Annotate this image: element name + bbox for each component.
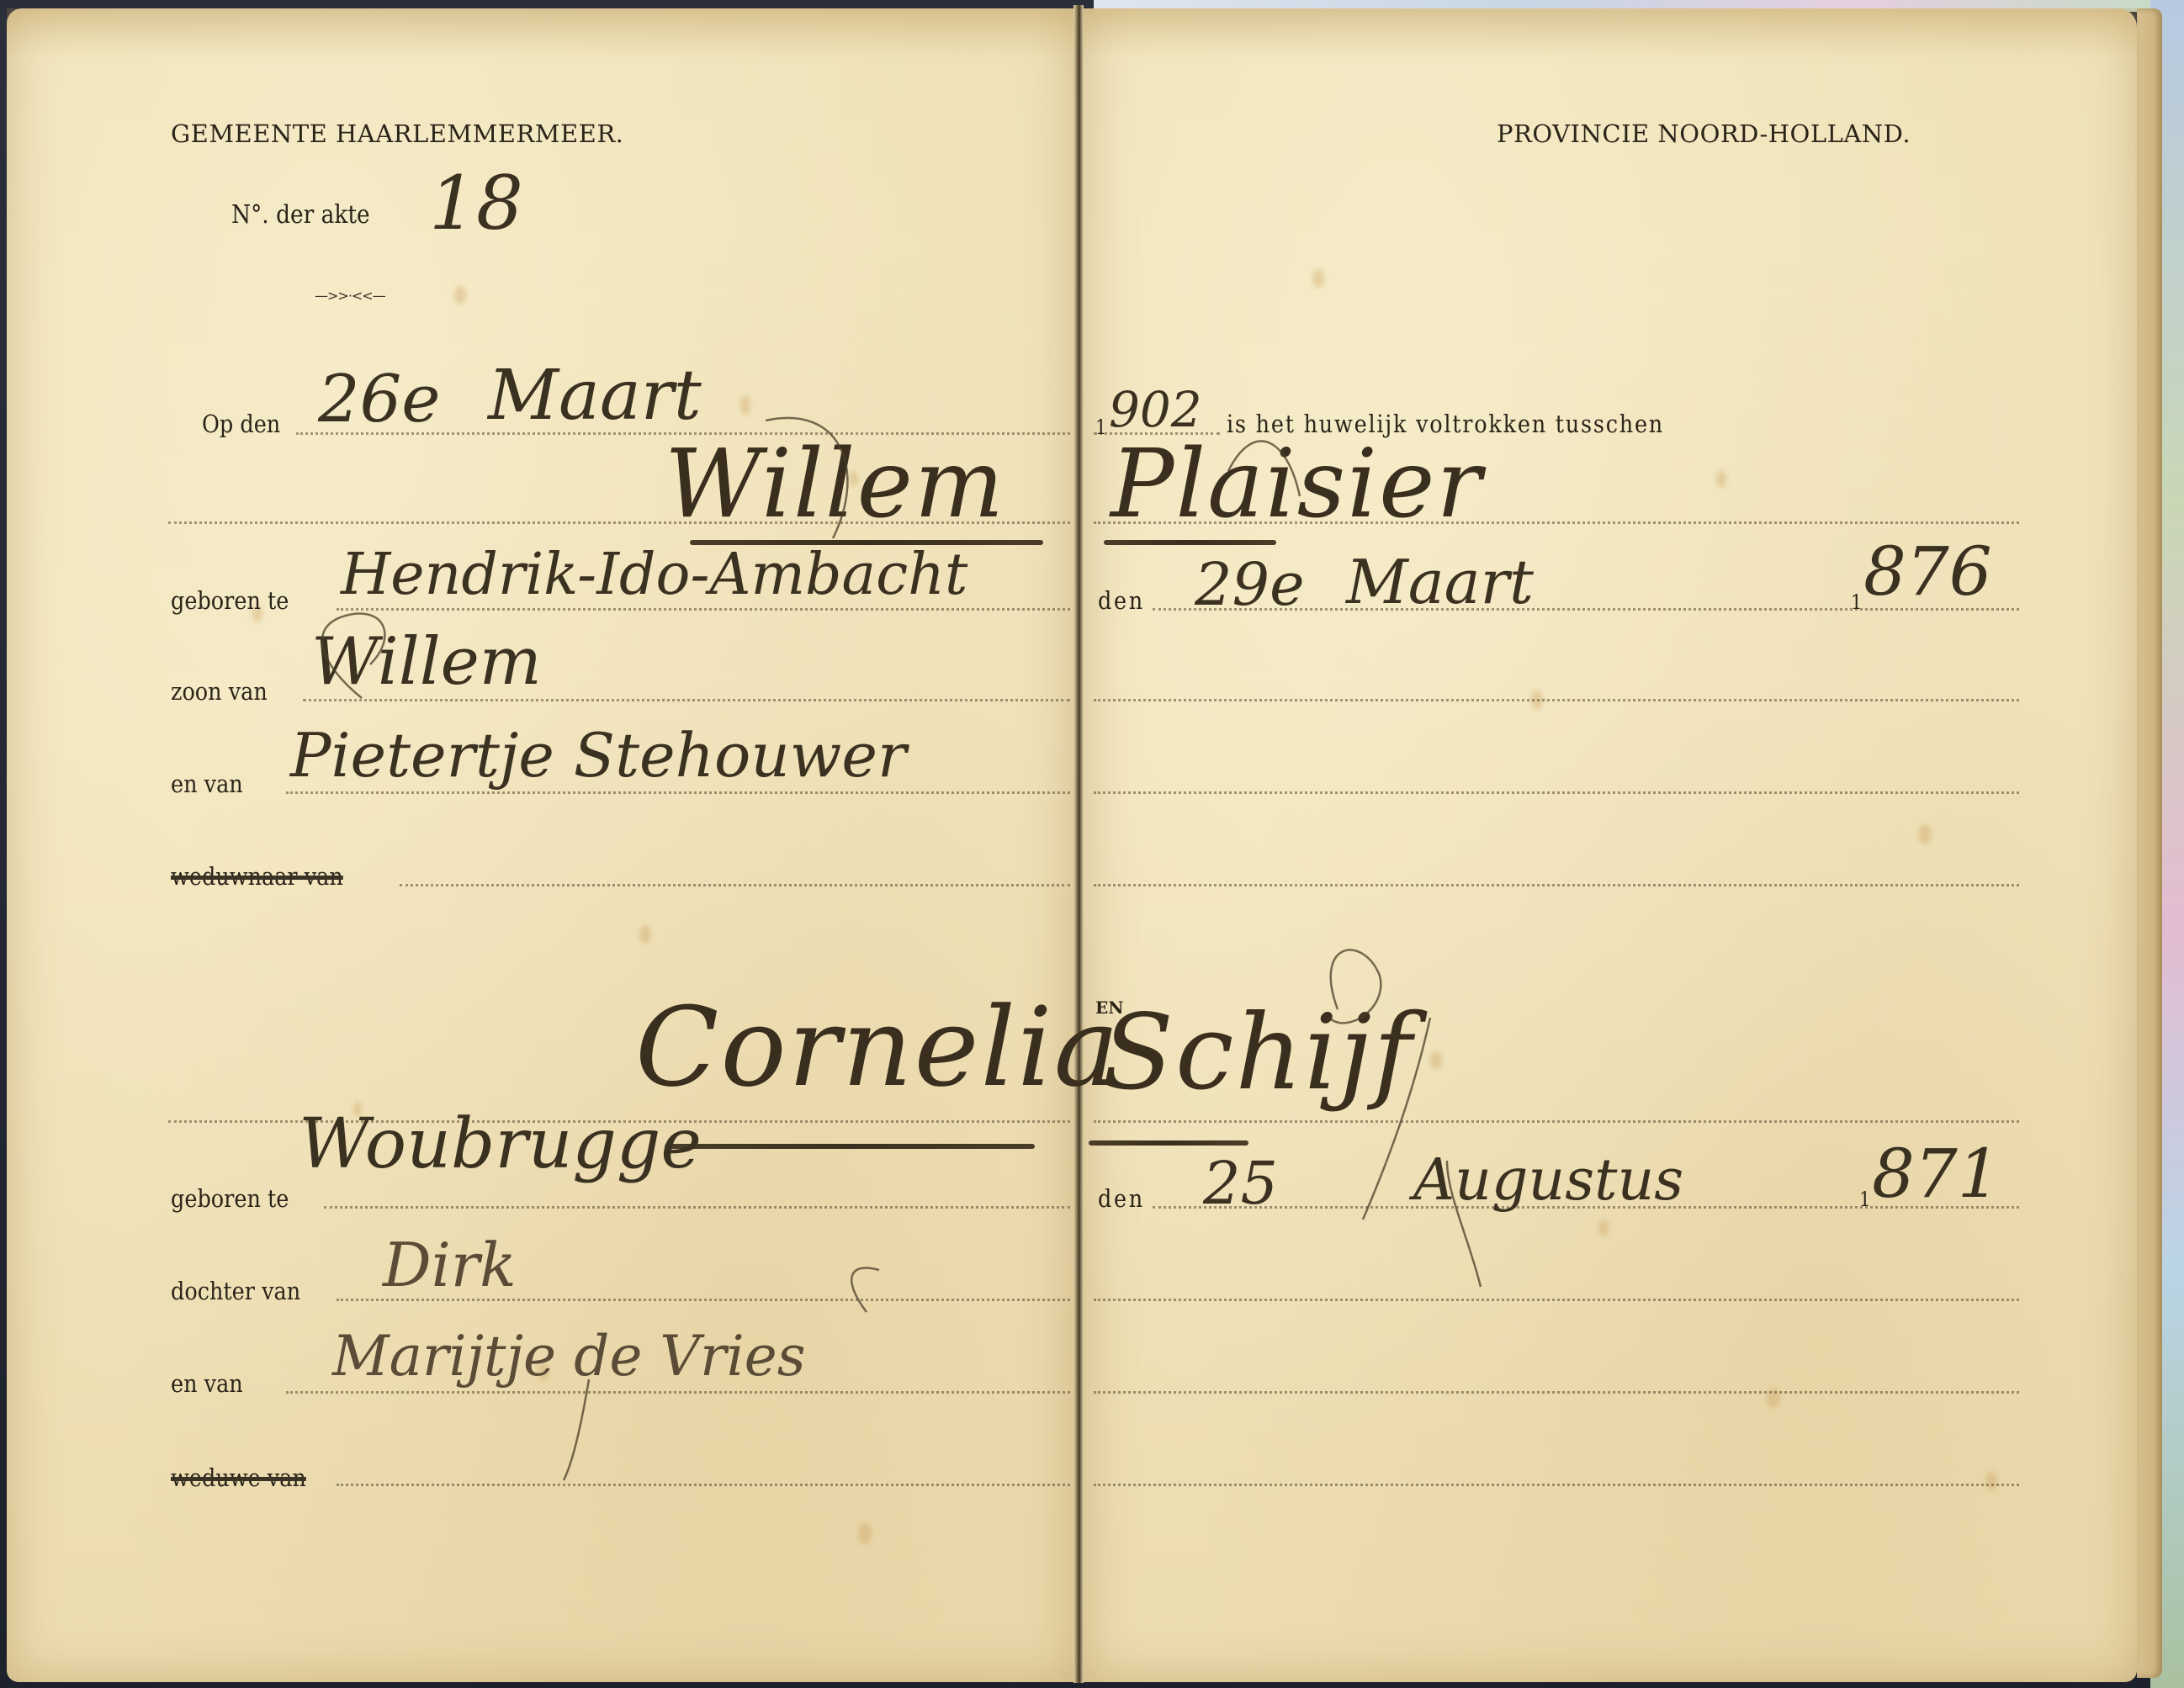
foxing-spot (740, 395, 750, 415)
bride-father: Dirk (383, 1235, 517, 1295)
bride-first-name: Cornelia (635, 992, 1121, 1102)
dotted-line-bride-father-right (1094, 1299, 2019, 1301)
page-edge-stack (2137, 8, 2162, 1678)
left-page (7, 8, 1073, 1682)
foxing-spot (858, 1522, 872, 1544)
foxing-spot (1430, 1051, 1442, 1070)
bride-den-label: den (1098, 1187, 1145, 1211)
dotted-line-widow-right (1094, 1484, 2019, 1486)
right-page-top-fold (1084, 8, 2137, 59)
dotted-line-widow-left (337, 1484, 1070, 1486)
foxing-spot (639, 925, 651, 944)
groom-born-label: geboren te (171, 589, 289, 613)
marriage-year-prefix: 1 (1095, 417, 1106, 437)
groom-father: Willem (311, 629, 542, 695)
dotted-line-groom-birthplace (337, 608, 1070, 611)
groom-last-name: Plaisier (1111, 437, 1483, 532)
groom-den-label: den (1098, 589, 1145, 613)
dotted-line-mother-right (1094, 791, 2019, 794)
bride-last-name: Schijf (1102, 1001, 1413, 1105)
groom-birthplace: Hendrik-Ido-Ambacht (341, 547, 967, 604)
groom-birth-month: Maart (1346, 552, 1534, 612)
dotted-line-widower-right (1094, 884, 2019, 886)
ornament-divider: —>>·<<— (315, 288, 385, 304)
bride-birth-month: Augustus (1413, 1152, 1683, 1209)
dotted-line-bride-name-right (1094, 1120, 2019, 1123)
widower-of-label: weduwnaar van (171, 865, 343, 889)
book-spine (1073, 5, 1084, 1683)
op-den-label: Op den (202, 412, 280, 437)
marriage-day: 26e (318, 367, 440, 432)
municipality-header: GEMEENTE HAARLEMMERMEER. (171, 122, 623, 146)
son-of-label: zoon van (171, 680, 268, 704)
dotted-line-bride-mother-right (1094, 1391, 2019, 1394)
dotted-line-mother-left (286, 791, 1070, 794)
groom-mother: Pietertje Stehouwer (290, 725, 906, 786)
groom-birth-year: 876 (1863, 538, 1992, 606)
foxing-spot (1918, 824, 1932, 844)
daughter-of-label: dochter van (171, 1279, 300, 1304)
foxing-spot (1985, 1472, 1997, 1490)
dotted-line-father-right (1094, 699, 2019, 701)
foxing-spot (1598, 1220, 1609, 1236)
bride-birth-year: 871 (1872, 1140, 2001, 1208)
marriage-month: Maart (488, 362, 702, 431)
groom-first-name: Willem (665, 437, 1005, 532)
akte-number-label: N°. der akte (231, 203, 370, 228)
bride-first-name-underline (665, 1144, 1035, 1149)
dotted-line-widower-left (400, 884, 1070, 886)
marriage-year: 902 (1109, 385, 1202, 434)
groom-birth-day: 29e (1195, 555, 1305, 614)
right-page (1084, 8, 2137, 1682)
bride-birth-day: 25 (1203, 1154, 1278, 1213)
foxing-spot (454, 286, 466, 304)
widow-of-label: weduwe van (171, 1466, 306, 1490)
akte-number-value: 18 (429, 167, 523, 241)
foxing-spot (1312, 269, 1324, 288)
bride-born-label: geboren te (171, 1187, 289, 1211)
bride-birthplace: Woubrugge (299, 1110, 702, 1179)
dotted-line-bride-mother-left (286, 1391, 1070, 1394)
scanned-book-spread: GEMEENTE HAARLEMMERMEER. PROVINCIE NOORD… (0, 0, 2184, 1688)
bride-and-of-label: en van (171, 1372, 243, 1396)
bride-mother: Marijtje de Vries (332, 1329, 806, 1384)
groom-and-of-label: en van (171, 772, 243, 796)
bride-last-name-underline (1089, 1140, 1248, 1146)
bride-birth-year-prefix: 1 (1859, 1189, 1870, 1209)
groom-birth-year-prefix: 1 (1851, 592, 1862, 612)
dotted-line-bride-birthplace (324, 1206, 1070, 1209)
groom-last-name-underline (1104, 540, 1276, 545)
province-header: PROVINCIE NOORD-HOLLAND. (1497, 122, 1911, 146)
left-page-top-fold (7, 8, 1073, 59)
foxing-spot (1716, 471, 1726, 488)
